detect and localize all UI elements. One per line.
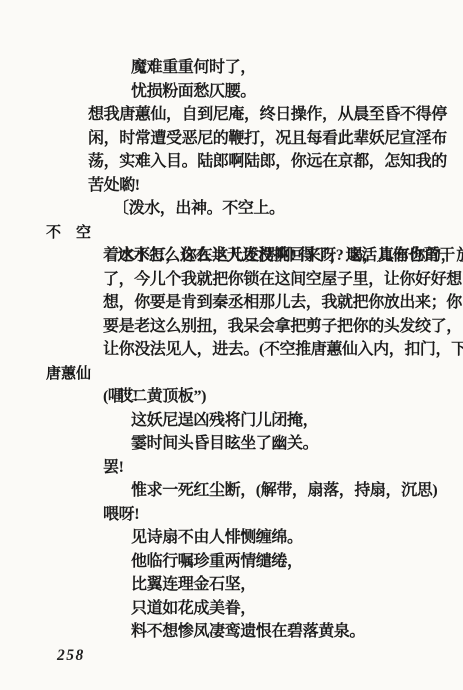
dialogue-line: 唐蕙仙哎! xyxy=(103,362,463,386)
dialogue-line: 要是老这么别扭，我呆会拿把剪子把你的头发绞了， xyxy=(103,315,463,339)
verse-line: 忧损粉面愁仄腰。 xyxy=(131,80,463,104)
monologue-line: 想我唐蕙仙，自到尼庵，终日操作，从晨至昏不得停 xyxy=(88,103,463,127)
aria-line: 见诗扇不由人悱恻缠绵。 xyxy=(131,526,463,550)
aria-line: 料不想惨凤凄鸾遗恨在碧落黄泉。 xyxy=(131,620,463,644)
dialogue-line: 不 空这水怎么这么半天还没挑回来呀? 喝，真有你的，放 xyxy=(103,221,463,245)
monologue-line: 荡，实难入目。陆郎啊陆郎，你远在京都，怎知我的 xyxy=(88,150,463,174)
dialogue-line: 让你没法见人，进去。(不空推唐蕙仙入内，扣门，下) xyxy=(103,338,463,362)
aria-line: 霎时间头昏目眩坐了幽关。 xyxy=(131,432,463,456)
book-page: 魔难重重何时了， 忧损粉面愁仄腰。 想我唐蕙仙，自到尼庵，终日操作，从晨至昏不得… xyxy=(0,0,463,690)
dialogue-line: 了，今儿个我就把你锁在这间空屋子里，让你好好想 xyxy=(103,268,463,292)
speaker-label-bukong: 不 空 xyxy=(46,221,91,245)
aria-line: 只道如花成美眷， xyxy=(131,597,463,621)
aria-line: 比翼连理金石坚， xyxy=(131,573,463,597)
monologue-line: 苦处喲! xyxy=(88,174,463,198)
monologue-line: 闲，时常遭受恶尼的鞭打，况且每看此辈妖尼宣淫布 xyxy=(88,127,463,151)
verse-line: 魔难重重何时了， xyxy=(131,56,463,80)
interjection-line: 罢! xyxy=(103,456,463,480)
aria-label-line: (唱“二黄顶板”) xyxy=(103,385,463,409)
aria-line: 他临行嘱珍重两情缱绻， xyxy=(131,550,463,574)
speaker-label-tanghuixian: 唐蕙仙 xyxy=(46,362,91,386)
page-number: 258 xyxy=(57,644,463,668)
dialogue-line: 着水不打，你在这儿发楞啊! 得了，这活儿你也甭干 xyxy=(103,244,463,268)
aria-line: 惟求一死红尘断，(解带，扇落，持扇，沉思) xyxy=(131,479,463,503)
aria-line: 这妖尼逞凶残将门儿闭掩， xyxy=(131,409,463,433)
interjection-line: 喂呀! xyxy=(103,503,463,527)
dialogue-line: 想，你要是肯到秦丞相那儿去，我就把你放出来；你 xyxy=(103,291,463,315)
stage-direction: 〔泼水，出神。不空上。 xyxy=(113,197,463,221)
